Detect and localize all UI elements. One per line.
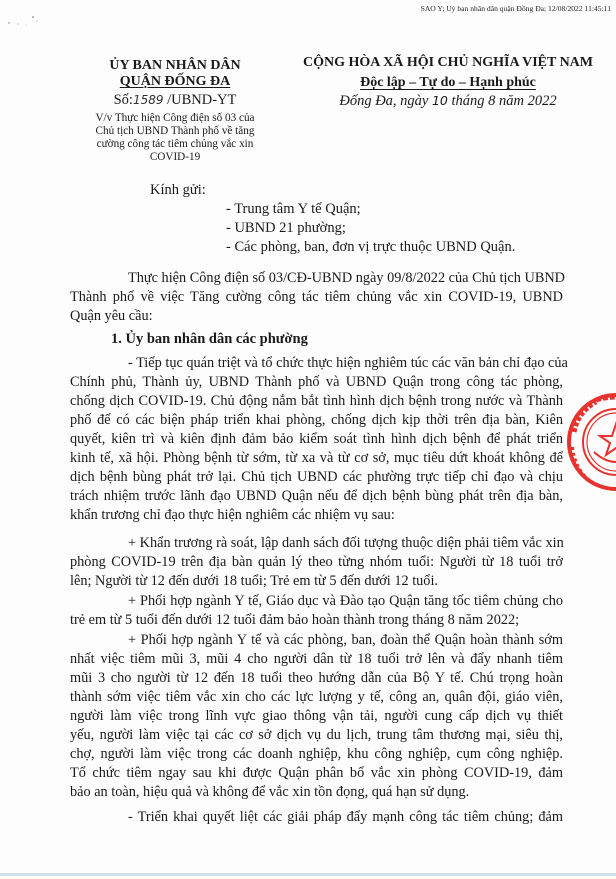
text-line: khẩn trương chỉ đạo thực hiện nghiêm các…: [70, 507, 563, 527]
recipients-label: Kính gửi:: [150, 182, 206, 199]
doc-number-prefix: Số:: [114, 92, 133, 108]
text-line: dịch bệnh bùng phát trở lại. Chủ tịch UB…: [70, 469, 563, 489]
text-line: Thành phố về việc Tăng cường công tác ti…: [70, 289, 563, 309]
text-line: phòng COVID-19 trên địa bàn quản lý theo…: [70, 554, 563, 574]
text-line: Quận yêu cầu:: [70, 308, 563, 328]
document-number: Số:1589 /UBND-YT: [70, 92, 280, 109]
official-seal-icon: [566, 392, 616, 492]
doc-number-suffix: /UBND-YT: [163, 92, 236, 108]
document-subject: V/v Thực hiện Công điện số 03 của Chủ tị…: [70, 112, 280, 164]
text-line: chợ, người làm việc trong các doanh nghi…: [70, 746, 563, 766]
document-page: SAO Y; Uỷ ban nhân dân quận Đồng Đa; 12/…: [0, 0, 616, 876]
date-day-handwritten: 10: [432, 93, 448, 108]
section-heading: 1. Ủy ban nhân dân các phường: [111, 331, 308, 348]
date-line: Đống Đa, ngày 10 tháng 8 năm 2022: [280, 93, 616, 110]
national-motto: Độc lập – Tự do – Hạnh phúc: [360, 75, 536, 90]
text-line: kinh tế, xã hội. Phòng bệnh từ sớm, từ x…: [70, 450, 563, 470]
subject-line: cường công tác tiêm chủng vắc xin: [70, 138, 280, 151]
text-line: thành sớm việc tiêm vắc xin cho các lực …: [70, 689, 563, 709]
recipient-item: - Các phòng, ban, đơn vị trực thuộc UBND…: [226, 239, 515, 256]
recipient-item: - Trung tâm Y tế Quận;: [226, 201, 361, 218]
text-line: trách nhiệm trước lãnh đạo UBND Quận nếu…: [70, 488, 563, 508]
recipient-item: - UBND 21 phường;: [226, 220, 346, 237]
issuer-org-name: QUẬN ĐỐNG ĐA: [120, 74, 230, 89]
issuer-org-line1: ỦY BAN NHÂN DÂN: [70, 58, 280, 74]
text-line: phố để có các biện pháp triển khai phòng…: [70, 412, 563, 432]
text-line: + Phối hợp ngành Y tế và các phòng, ban,…: [128, 632, 563, 652]
page-bottom-border: [0, 873, 616, 876]
text-line: Tổ chức tiêm ngay sau khi được Quận phân…: [70, 765, 563, 785]
text-line: Chính phủ, Thành ủy, UBND Thành phố và U…: [70, 374, 563, 394]
text-line: mũi 3 cho người từ 12 đến 18 tuổi theo h…: [70, 670, 563, 690]
text-line: nhất việc tiêm mũi 3, mũi 4 cho người dâ…: [70, 651, 563, 671]
copy-stamp: SAO Y; Uỷ ban nhân dân quận Đồng Đa; 12/…: [421, 4, 611, 13]
text-line: lên; Người từ 12 đến dưới 18 tuổi; Trẻ e…: [70, 573, 563, 593]
date-prefix: Đống Đa, ngày: [339, 93, 432, 109]
subject-line: Chủ tịch UBND Thành phố về tăng: [70, 125, 280, 138]
text-line: + Phối hợp ngành Y tế, Giáo dục và Đào t…: [128, 593, 563, 613]
text-line: - Tiếp tục quán triệt và tổ chức thực hi…: [128, 355, 563, 375]
text-line: quyết, kiên trì và kiên định đảm bảo kiể…: [70, 431, 563, 451]
national-title: CỘNG HÒA XÃ HỘI CHỦ NGHĨA VIỆT NAM: [280, 55, 616, 71]
text-line: chống dịch COVID-19. Chủ động nắm bắt tì…: [70, 393, 563, 413]
issuer-org-line2: QUẬN ĐỐNG ĐA: [70, 74, 280, 90]
motto-wrap: Độc lập – Tự do – Hạnh phúc: [280, 73, 616, 91]
date-suffix: tháng 8 năm 2022: [448, 93, 557, 109]
scan-specks: [6, 14, 46, 28]
subject-line: V/v Thực hiện Công điện số 03 của: [70, 112, 280, 125]
subject-line: COVID-19: [70, 151, 280, 164]
doc-number-handwritten: 1589: [133, 93, 164, 107]
text-line: - Triển khai quyết liệt các giải pháp đẩ…: [128, 809, 563, 829]
text-line: yếu, người làm việc tại các cơ sở dịch v…: [70, 727, 563, 747]
text-line: bảo an toàn, hiệu quả và không để vắc xi…: [70, 784, 563, 804]
text-line: trẻ em từ 5 tuổi đến dưới 12 tuổi đảm bả…: [70, 612, 563, 632]
text-line: + Khẩn trương rà soát, lập danh sách đối…: [128, 535, 563, 555]
text-line: Thực hiện Công điện số 03/CĐ-UBND ngày 0…: [128, 270, 563, 290]
text-line: người làm việc trong lĩnh vực giao thông…: [70, 708, 563, 728]
